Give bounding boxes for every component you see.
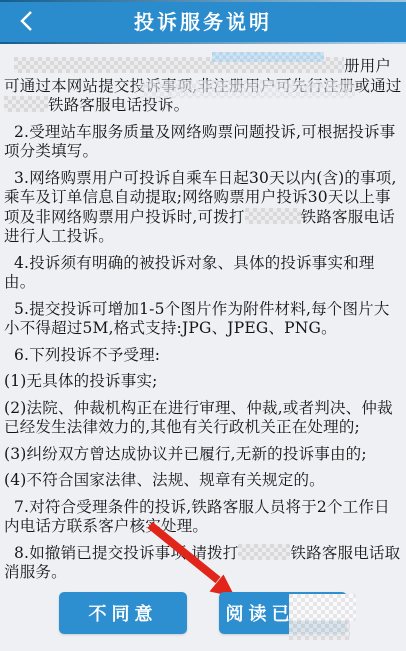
disagree-button[interactable]: 不同意 (59, 592, 187, 634)
paragraph: 4.投诉须有明确的被投诉对象、具体的投诉事实和理由。 (4, 254, 402, 293)
redaction-block (4, 96, 48, 112)
paragraph: (3)纠纷双方曾达成协议并已履行,无新的投诉事由的; (4, 445, 402, 465)
paragraph-text: (4)不符合国家法律、法规、规章有关规定的。 (4, 471, 325, 489)
paragraph: 7.对符合受理条件的投诉,铁路客服人员将于2个工作日内电话方联系客户核实处理。 (4, 498, 402, 537)
page-title: 投诉服务说明 (134, 0, 272, 44)
paragraph-text: 8.如撤销已提交投诉事项,请拨打 (14, 544, 238, 562)
paragraph: 8.如撤销已提交投诉事项,请拨打铁路客服电话取消服务。 (4, 544, 402, 583)
redaction-block (289, 594, 356, 621)
paragraph: (2)法院、仲裁机构正在进行审理、仲裁,或者判决、仲裁已经发生法律效力的,其他有… (4, 399, 402, 438)
app-header: 投诉服务说明 (0, 0, 406, 44)
chevron-left-icon (19, 10, 33, 35)
redaction-block (212, 52, 324, 62)
paragraph-text: 5.提交投诉可增加1-5个图片作为附件材料,每个图片大小不得超过5M,格式支持:… (4, 300, 390, 338)
paragraph: (4)不符合国家法律、法规、规章有关规定的。 (4, 471, 402, 491)
instructions-text-area[interactable]: 册用户可通过本网站提交投诉事项,非注册用户可先行注册或通过铁路客服电话投诉。2.… (0, 44, 406, 590)
paragraph-text: 2.受理站车服务质量及网络购票问题投诉,可根据投诉事项分类填写。 (4, 123, 395, 161)
redaction-block (289, 620, 350, 640)
paragraph: 2.受理站车服务质量及网络购票问题投诉,可根据投诉事项分类填写。 (4, 123, 402, 162)
redaction-block (140, 80, 355, 98)
paragraph-text: 6.下列投诉不予受理: (14, 346, 160, 364)
paragraph-text: (3)纠纷双方曾达成协议并已履行,无新的投诉事由的; (4, 445, 367, 463)
paragraph-text: 7.对符合受理条件的投诉,铁路客服人员将于2个工作日内电话方联系客户核实处理。 (4, 498, 390, 536)
paragraph-text: 4.投诉须有明确的被投诉对象、具体的投诉事实和理由。 (4, 254, 375, 292)
complaint-instructions-screen: 投诉服务说明 册用户可通过本网站提交投诉事项,非注册用户可先行注册或通过铁路客服… (0, 0, 406, 651)
redaction-block (238, 544, 290, 560)
paragraph-text: (2)法院、仲裁机构正在进行审理、仲裁,或者判决、仲裁已经发生法律效力的,其他有… (4, 399, 393, 437)
redaction-block (245, 208, 301, 224)
paragraph-text: (1)无具体的投诉事实; (4, 372, 158, 390)
paragraph-text: 铁路客服电话投诉。 (48, 96, 189, 114)
paragraph: 6.下列投诉不予受理: (4, 346, 402, 366)
back-button[interactable] (10, 6, 42, 38)
paragraph: (1)无具体的投诉事实; (4, 372, 402, 392)
paragraph: 5.提交投诉可增加1-5个图片作为附件材料,每个图片大小不得超过5M,格式支持:… (4, 300, 402, 339)
paragraph: 3.网络购票用户可投诉自乘车日起30天以内(含)的事项,乘车及订单信息自动提取;… (4, 169, 402, 247)
